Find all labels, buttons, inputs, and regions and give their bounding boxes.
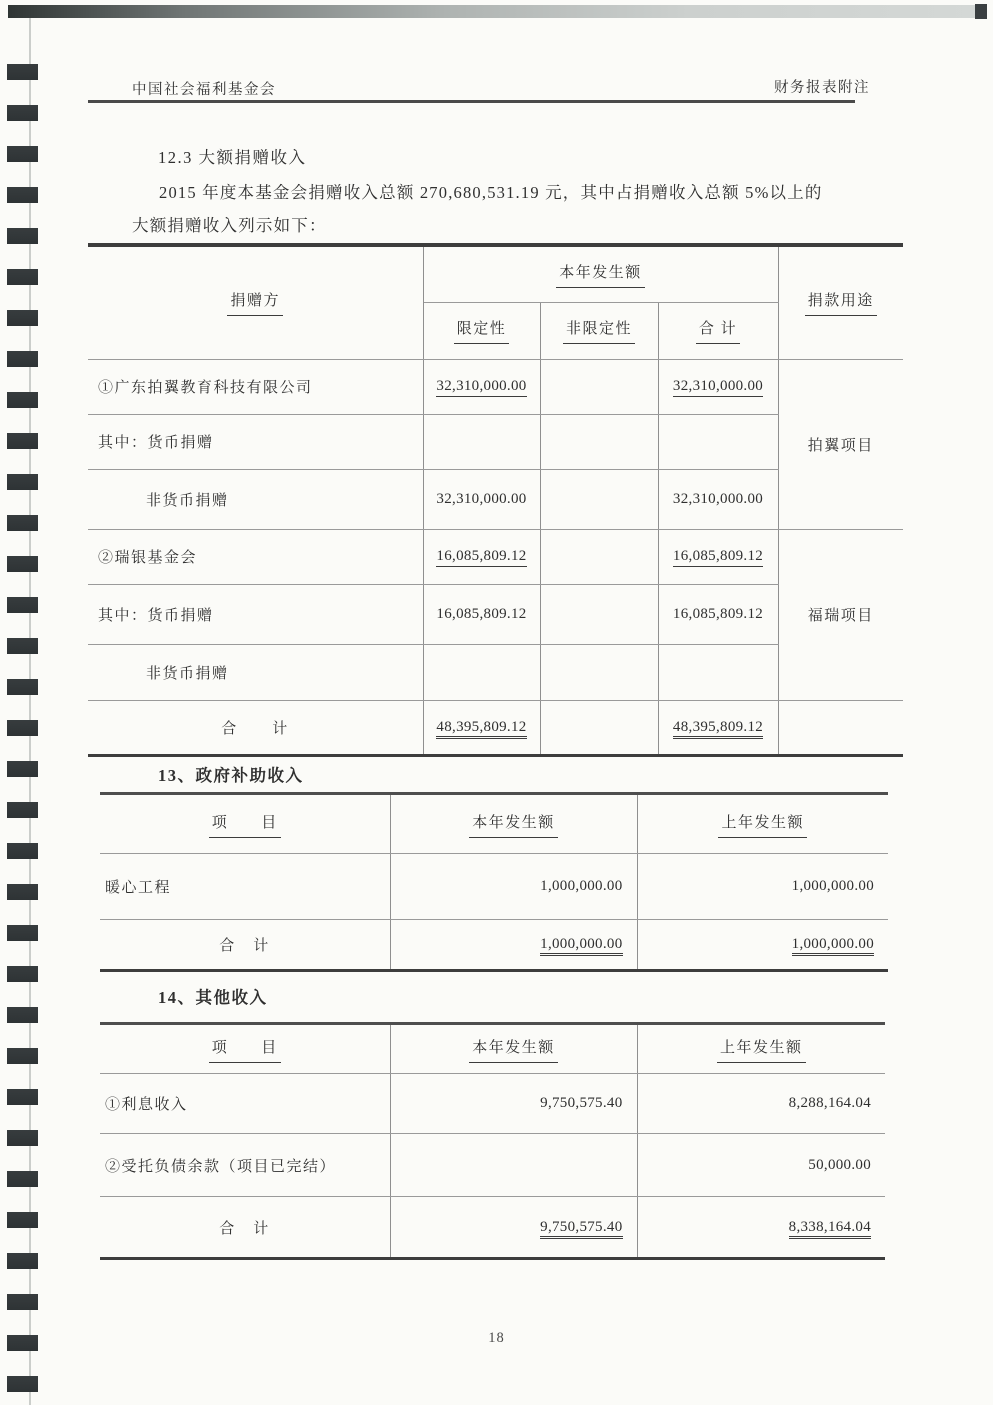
restricted-amount-cell xyxy=(423,414,540,469)
total-amount-cell: 16,085,809.12 xyxy=(658,584,778,644)
prior-year-amount-cell: 8,288,164.04 xyxy=(637,1074,885,1134)
item-name-cell: ①利息收入 xyxy=(100,1074,390,1134)
scanned-document-page: 中国社会福利基金会 财务报表附注 12.3 大额捐赠收入 2015 年度本基金会… xyxy=(0,0,993,1405)
restricted-amount-cell: 32,310,000.00 xyxy=(423,469,540,529)
paragraph-line-2: 大额捐赠收入列示如下： xyxy=(132,209,880,242)
current-year-total-cell: 1,000,000.00 xyxy=(390,920,637,971)
total-label-cell: 合 计 xyxy=(100,920,390,971)
column-header-unrestricted: 非限定性 xyxy=(540,302,658,359)
donor-header-label: 捐赠方 xyxy=(227,289,283,316)
restricted-total-cell: 48,395,809.12 xyxy=(423,700,540,755)
purpose-cell-furui: 福瑞项目 xyxy=(778,529,903,700)
unrestricted-amount-cell xyxy=(540,644,658,700)
total-label-cell: 合 计 xyxy=(100,1197,390,1259)
double-underlined-amount: 48,395,809.12 xyxy=(673,719,763,739)
unrestricted-amount-cell xyxy=(540,529,658,584)
other-income-table: 项 目 本年发生额 上年发生额 ①利息收入 9,750,575.40 8,288… xyxy=(100,1022,885,1260)
scan-top-right-mark xyxy=(975,4,987,19)
unrestricted-amount-cell xyxy=(540,359,658,414)
restricted-header-label: 限定性 xyxy=(454,317,510,344)
unrestricted-header-label: 非限定性 xyxy=(563,317,635,344)
column-header-prior-year: 上年发生额 xyxy=(637,1024,885,1074)
purpose-header-label: 捐款用途 xyxy=(805,289,877,316)
table-total-row: 合 计 48,395,809.12 48,395,809.12 xyxy=(88,700,903,755)
table-header-row: 项 目 本年发生额 上年发生额 xyxy=(100,794,888,854)
total-label-cell: 合 计 xyxy=(88,700,423,755)
header-rule xyxy=(88,100,855,103)
column-header-subtotal: 合 计 xyxy=(658,302,778,359)
double-underlined-amount: 9,750,575.40 xyxy=(540,1219,622,1239)
prior-year-header-label: 上年发生额 xyxy=(717,1036,806,1063)
current-year-amount-cell xyxy=(390,1134,637,1197)
item-header-label: 项 目 xyxy=(209,811,281,838)
unrestricted-amount-cell xyxy=(540,469,658,529)
major-donations-table: 捐赠方 本年发生额 捐款用途 限定性 非限定性 合 计 ①广东拍翼教育科技有限公… xyxy=(88,243,903,757)
table-total-row: 合 计 1,000,000.00 1,000,000.00 xyxy=(100,920,888,971)
current-year-amount-cell: 1,000,000.00 xyxy=(390,854,637,920)
underlined-amount: 32,310,000.00 xyxy=(673,378,763,397)
prior-year-amount-cell: 1,000,000.00 xyxy=(637,854,888,920)
double-underlined-amount: 8,338,164.04 xyxy=(789,1219,871,1239)
total-amount-cell xyxy=(658,414,778,469)
current-year-total-cell: 9,750,575.40 xyxy=(390,1197,637,1259)
total-amount-cell xyxy=(658,644,778,700)
underlined-amount: 32,310,000.00 xyxy=(436,378,526,397)
current-year-amount-cell: 9,750,575.40 xyxy=(390,1074,637,1134)
purpose-cell-paiyi: 拍翼项目 xyxy=(778,359,903,529)
double-underlined-amount: 1,000,000.00 xyxy=(792,936,874,956)
table-row: ②受托负债余款（项目已完结） 50,000.00 xyxy=(100,1134,885,1197)
double-underlined-amount: 1,000,000.00 xyxy=(540,936,622,956)
header-doc-type: 财务报表附注 xyxy=(774,76,870,97)
prior-year-total-cell: 1,000,000.00 xyxy=(637,920,888,971)
section-14-title: 14、其他收入 xyxy=(158,984,268,1008)
column-header-restricted: 限定性 xyxy=(423,302,540,359)
purpose-empty-cell xyxy=(778,700,903,755)
prior-year-header-label: 上年发生额 xyxy=(718,811,807,838)
table-row: ①利息收入 9,750,575.40 8,288,164.04 xyxy=(100,1074,885,1134)
grand-total-cell: 48,395,809.12 xyxy=(658,700,778,755)
donor-name-cell: 其中：货币捐赠 xyxy=(88,414,423,469)
unrestricted-total-cell xyxy=(540,700,658,755)
scan-top-edge xyxy=(8,5,981,18)
column-header-prior-year: 上年发生额 xyxy=(637,794,888,854)
restricted-amount-cell: 16,085,809.12 xyxy=(423,529,540,584)
table-row: ①广东拍翼教育科技有限公司 32,310,000.00 32,310,000.0… xyxy=(88,359,903,414)
donor-name-cell: 非货币捐赠 xyxy=(88,469,423,529)
current-year-header-label: 本年发生额 xyxy=(556,261,645,288)
section-12-3-title: 12.3 大额捐赠收入 xyxy=(158,144,307,168)
donor-name-cell: ②瑞银基金会 xyxy=(88,529,423,584)
table-header-row-1: 捐赠方 本年发生额 捐款用途 xyxy=(88,245,903,302)
current-year-header-label: 本年发生额 xyxy=(469,811,558,838)
header-org-name: 中国社会福利基金会 xyxy=(132,78,276,99)
total-amount-cell: 32,310,000.00 xyxy=(658,359,778,414)
prior-year-amount-cell: 50,000.00 xyxy=(637,1134,885,1197)
table-total-row: 合 计 9,750,575.40 8,338,164.04 xyxy=(100,1197,885,1259)
column-header-item: 项 目 xyxy=(100,1024,390,1074)
donor-name-cell: 非货币捐赠 xyxy=(88,644,423,700)
table-row: ②瑞银基金会 16,085,809.12 16,085,809.12 福瑞项目 xyxy=(88,529,903,584)
current-year-header-label: 本年发生额 xyxy=(469,1036,558,1063)
donor-name-cell: 其中：货币捐赠 xyxy=(88,584,423,644)
column-header-current-year: 本年发生额 xyxy=(390,794,637,854)
table-header-row: 项 目 本年发生额 上年发生额 xyxy=(100,1024,885,1074)
unrestricted-amount-cell xyxy=(540,414,658,469)
prior-year-total-cell: 8,338,164.04 xyxy=(637,1197,885,1259)
section-12-3-paragraph: 2015 年度本基金会捐赠收入总额 270,680,531.19 元，其中占捐赠… xyxy=(132,176,880,242)
underlined-amount: 16,085,809.12 xyxy=(436,548,526,567)
donor-name-cell: ①广东拍翼教育科技有限公司 xyxy=(88,359,423,414)
item-name-cell: 暖心工程 xyxy=(100,854,390,920)
page-number: 18 xyxy=(0,1330,993,1347)
double-underlined-amount: 48,395,809.12 xyxy=(436,719,526,739)
unrestricted-amount-cell xyxy=(540,584,658,644)
total-amount-cell: 16,085,809.12 xyxy=(658,529,778,584)
total-amount-cell: 32,310,000.00 xyxy=(658,469,778,529)
column-header-donor: 捐赠方 xyxy=(88,245,423,359)
subtotal-header-label: 合 计 xyxy=(696,317,740,344)
column-header-item: 项 目 xyxy=(100,794,390,854)
column-header-purpose: 捐款用途 xyxy=(778,245,903,359)
item-name-cell: ②受托负债余款（项目已完结） xyxy=(100,1134,390,1197)
column-header-current-year: 本年发生额 xyxy=(423,245,778,302)
section-13-title: 13、政府补助收入 xyxy=(158,762,304,786)
table-row: 暖心工程 1,000,000.00 1,000,000.00 xyxy=(100,854,888,920)
restricted-amount-cell: 16,085,809.12 xyxy=(423,584,540,644)
spiral-binding-rings xyxy=(7,64,38,1405)
item-header-label: 项 目 xyxy=(209,1036,281,1063)
government-subsidy-table: 项 目 本年发生额 上年发生额 暖心工程 1,000,000.00 1,000,… xyxy=(100,792,888,972)
underlined-amount: 16,085,809.12 xyxy=(673,548,763,567)
column-header-current-year: 本年发生额 xyxy=(390,1024,637,1074)
paragraph-line-1: 2015 年度本基金会捐赠收入总额 270,680,531.19 元，其中占捐赠… xyxy=(132,176,880,209)
restricted-amount-cell: 32,310,000.00 xyxy=(423,359,540,414)
restricted-amount-cell xyxy=(423,644,540,700)
